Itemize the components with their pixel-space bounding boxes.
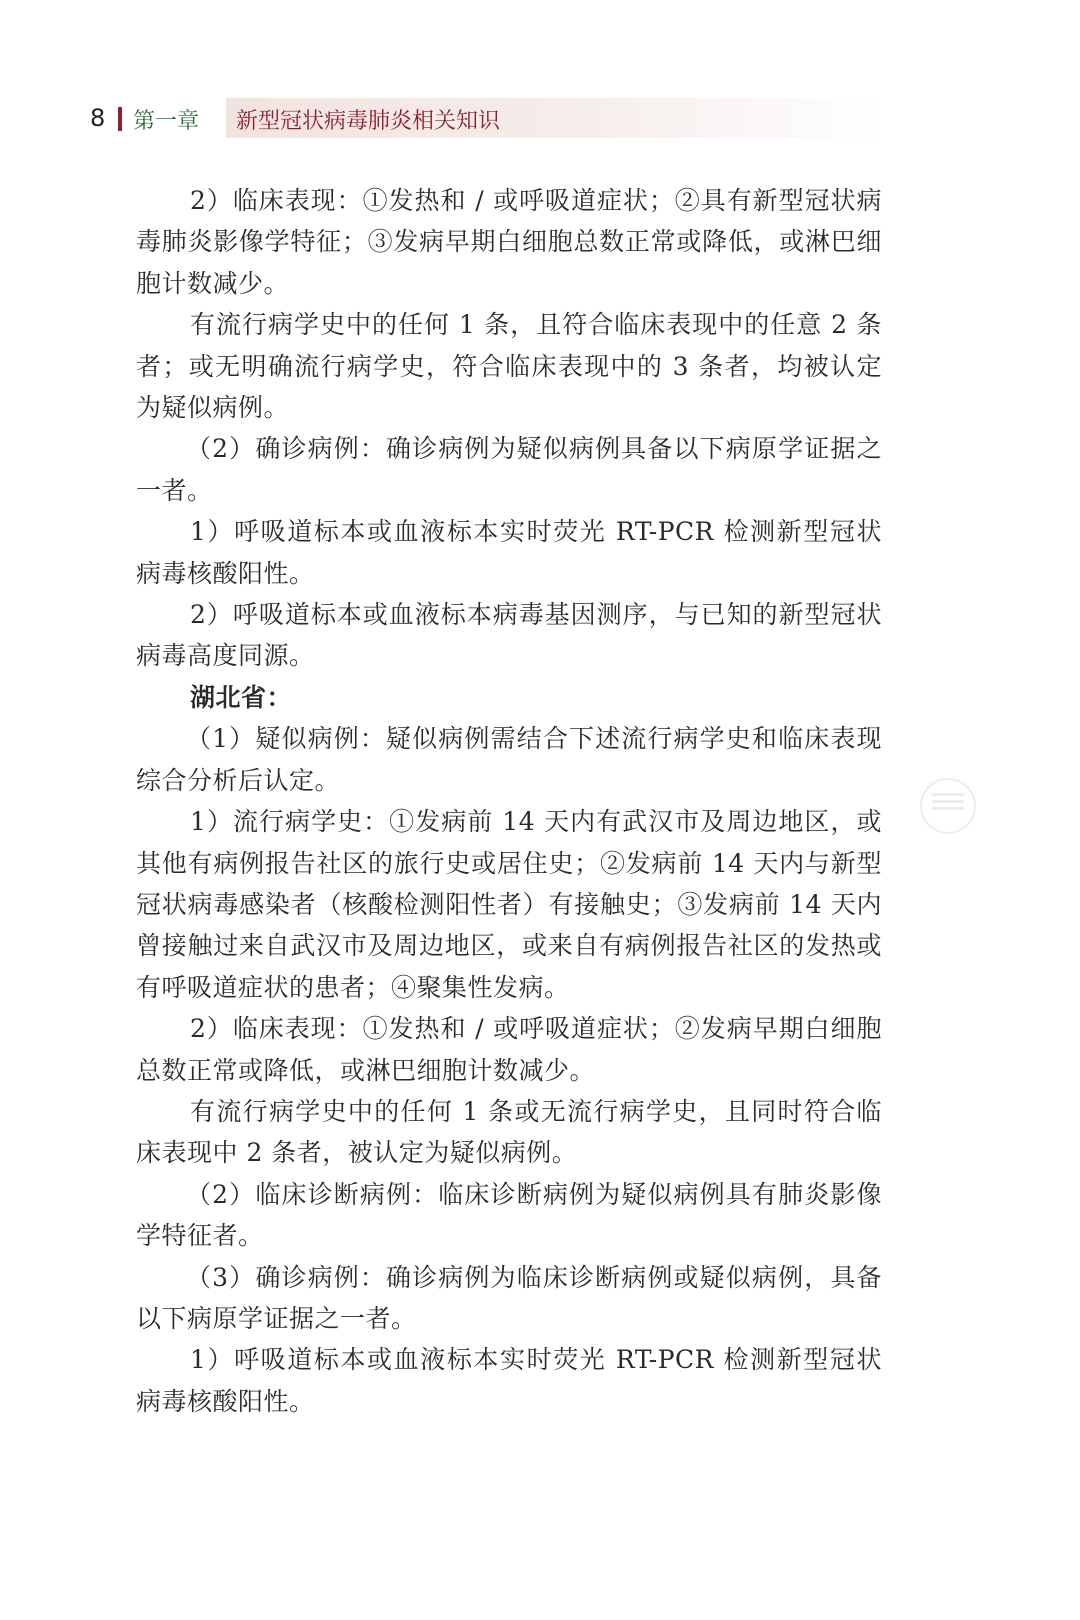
running-header: 8 第一章 新型冠状病毒肺炎相关知识	[0, 96, 1080, 148]
paragraph: 1）呼吸道标本或血液标本实时荧光 RT-PCR 检测新型冠状病毒核酸阳性。	[136, 511, 882, 594]
chapter-label: 第一章	[133, 104, 199, 135]
paragraph: 1）呼吸道标本或血液标本实时荧光 RT-PCR 检测新型冠状病毒核酸阳性。	[136, 1339, 882, 1422]
paragraph: 有流行病学史中的任何 1 条或无流行病学史，且同时符合临床表现中 2 条者，被认…	[136, 1091, 882, 1174]
paragraph: 2）临床表现：①发热和 / 或呼吸道症状；②发病早期白细胞总数正常或降低，或淋巴…	[136, 1008, 882, 1091]
paragraph: 2）呼吸道标本或血液标本病毒基因测序，与已知的新型冠状病毒高度同源。	[136, 594, 882, 677]
watermark-logo-icon	[920, 778, 976, 834]
header-divider	[118, 107, 122, 131]
section-heading-hubei: 湖北省：	[136, 677, 882, 718]
paragraph: （3）确诊病例：确诊病例为临床诊断病例或疑似病例，具备以下病原学证据之一者。	[136, 1257, 882, 1340]
paragraph: 有流行病学史中的任何 1 条，且符合临床表现中的任意 2 条者；或无明确流行病学…	[136, 304, 882, 428]
paragraph: （1）疑似病例：疑似病例需结合下述流行病学史和临床表现综合分析后认定。	[136, 718, 882, 801]
body-text: 2）临床表现：①发热和 / 或呼吸道症状；②具有新型冠状病毒肺炎影像学特征；③发…	[136, 180, 882, 1422]
paragraph: （2）确诊病例：确诊病例为疑似病例具备以下病原学证据之一者。	[136, 428, 882, 511]
page-number: 8	[90, 104, 105, 132]
paragraph: （2）临床诊断病例：临床诊断病例为疑似病例具有肺炎影像学特征者。	[136, 1174, 882, 1257]
paragraph: 2）临床表现：①发热和 / 或呼吸道症状；②具有新型冠状病毒肺炎影像学特征；③发…	[136, 180, 882, 304]
chapter-title: 新型冠状病毒肺炎相关知识	[236, 104, 500, 135]
paragraph: 1）流行病学史：①发病前 14 天内有武汉市及周边地区，或其他有病例报告社区的旅…	[136, 801, 882, 1008]
